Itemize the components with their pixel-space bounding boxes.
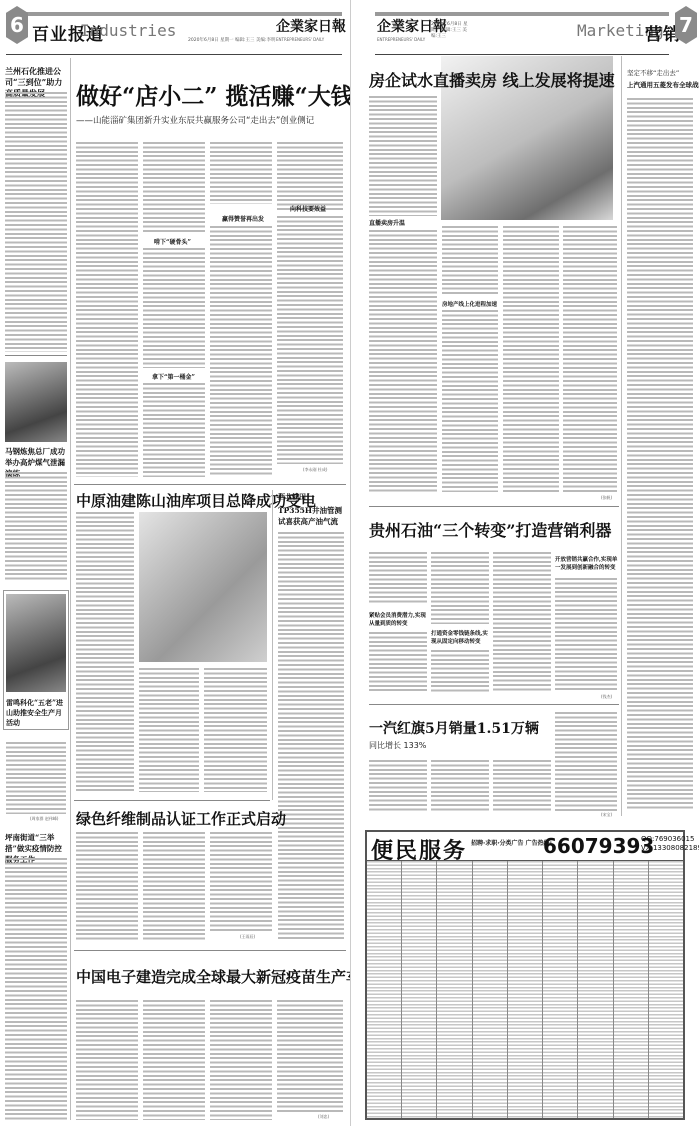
header-bottom-rule (6, 54, 342, 55)
ad-column (473, 861, 508, 1118)
lead-col-1 (76, 142, 138, 477)
lead-col-2b (442, 310, 498, 492)
lead-headline: 做好“店小二” 揽活赚“大钱” (76, 78, 367, 111)
sidebar-headline-3: 雷鸣科化“五老”进山助推安全生产月活动 (6, 698, 66, 728)
sidebar-byline-3: (周家群 赵伟峰) (30, 816, 58, 822)
sidebar-headline: 上汽通用五菱发布全球战略 (627, 80, 699, 89)
lead-subhead-3: 拿下“第一桶金” (152, 372, 195, 381)
lead-col-3a (210, 142, 272, 204)
sidebar-photo-1 (5, 362, 67, 442)
sidebar-article-text-3 (6, 742, 66, 814)
story5-headline: 中国电子建造完成全球最大新冠疫苗生产车间 (76, 966, 376, 987)
story2-col-4 (555, 578, 617, 692)
ad-column (402, 861, 437, 1118)
page-number-badge: 7 (675, 6, 697, 44)
page-7: 企業家日報 ENTREPRENEURS' DAILY 2020年6月8日 星期一… (350, 0, 699, 1126)
masthead-en: ENTREPRENEURS' DAILY (377, 37, 425, 42)
story3-text (278, 532, 344, 940)
lead-subhead-4: 向科技要效益 (290, 204, 326, 213)
ad-contact: QQ:769036015 VX:13308082189 (641, 835, 699, 853)
classified-ad-block: 便民服务 招聘·求职·分类广告 广告热线: 66079393 QQ:769036… (365, 830, 685, 1120)
story5-col-2 (143, 1000, 205, 1120)
story3-subhead: 同比增长 133% (369, 740, 426, 751)
sidebar-article-text-1 (5, 92, 67, 352)
story3-headline: 一汽红旗5月销量1.51万辆 (369, 718, 539, 738)
lead-subhead-2: 房地产线上化进程加速 (442, 300, 497, 308)
story2-col-1b (369, 632, 427, 692)
sidebar-kicker: 坚定不移“走出去” (627, 68, 679, 77)
lead-subhead-1: 直播卖房升温 (369, 218, 405, 227)
page-header: 6 百业报道 Industries 2020年6月8日 星期一 编辑:王三 美编… (0, 4, 350, 52)
lead-col-2a (143, 142, 205, 232)
lead-subhead: ——山能淄矿集团新升实业东辰共赢服务公司“走出去”创业侧记 (76, 114, 314, 126)
lead-col-4b (277, 216, 343, 464)
story4-headline: 绿色纤维制品认证工作正式启动 (76, 808, 286, 829)
ad-phone-number: 66079393 (543, 834, 654, 858)
lead-byline: (李永刚 杜成) (303, 467, 327, 473)
lead-subhead-1: 啃下“硬骨头” (154, 237, 191, 246)
sidebar-article-text-2 (5, 472, 67, 582)
story5-col-4 (277, 1000, 343, 1112)
story5-byline: (刘忠) (318, 1114, 329, 1120)
story2-col-2 (139, 668, 199, 792)
ad-column (649, 861, 683, 1118)
lead-headline: 房企试水直播卖房 线上发展将提速 (369, 68, 615, 91)
lead-col-2b (143, 248, 205, 368)
story2-subhead-1: 紧贴会员消费潜力,实现从量到质的转变 (369, 612, 429, 628)
story3-col-3 (493, 760, 551, 812)
story4-byline: (王雨辰) (240, 934, 255, 940)
header-bottom-rule (375, 54, 669, 55)
story4-col-2 (143, 832, 205, 940)
divider (369, 506, 619, 507)
story3-col-1 (369, 760, 427, 812)
sidebar-photo-2 (6, 594, 66, 692)
story2-col-3 (204, 668, 267, 792)
lead-byline: (张帆) (601, 495, 612, 501)
column-rule (70, 58, 71, 1120)
ad-column (578, 861, 613, 1118)
divider (74, 484, 346, 485)
ad-column (367, 861, 402, 1118)
dateline: 2020年6月8日 星期一 编辑:王三 美编:李明 (188, 37, 276, 43)
ad-qq: QQ:769036015 (641, 835, 699, 844)
story2-photo-substation (139, 512, 267, 662)
story3-byline: (宋宝) (601, 812, 612, 818)
lead-col-4a (277, 142, 343, 210)
story4-col-3 (210, 832, 272, 932)
masthead-logo: 企業家日報 (276, 16, 346, 36)
story2-col-2b (431, 650, 489, 692)
sidebar-text (627, 98, 693, 810)
story2-byline: (钱杰) (601, 694, 612, 700)
masthead-en: ENTREPRENEURS' DAILY (276, 37, 324, 42)
page-6: 6 百业报道 Industries 2020年6月8日 星期一 编辑:王三 美编… (0, 0, 350, 1126)
story3-kicker: 西北油田 (278, 492, 306, 502)
story2-subhead-2: 打通资金零钱链条线,实现从固定向移动转变 (431, 630, 491, 646)
story3-col-4 (555, 712, 617, 812)
ad-column (508, 861, 543, 1118)
lead-col-4 (563, 226, 617, 494)
story2-col-3 (493, 552, 551, 692)
lead-subhead-2: 赢得赞誉再出发 (222, 214, 264, 223)
lead-col-1b (369, 230, 437, 492)
story2-col-2a (431, 552, 489, 624)
divider (74, 800, 270, 801)
ad-column (437, 861, 472, 1118)
story5-col-1 (76, 1000, 138, 1120)
story2-col-1a (369, 552, 427, 604)
divider (369, 704, 619, 705)
lead-col-3 (503, 226, 559, 492)
divider (74, 950, 346, 951)
story3-headline: TP355H井油管测试喜获高产油气流 (278, 505, 344, 527)
story4-col-1 (76, 832, 138, 940)
page-header: 企業家日報 ENTREPRENEURS' DAILY 2020年6月8日 星期一… (351, 4, 699, 52)
sidebar-article-text-4 (5, 858, 67, 1120)
page-number-badge: 6 (6, 6, 28, 44)
lead-col-3b (210, 226, 272, 477)
lead-col-2a (442, 226, 498, 296)
dateline: 2020年6月8日 星期一 编辑:王三 美编:王三 (431, 22, 471, 40)
divider (5, 355, 67, 356)
column-rule (621, 56, 622, 816)
ad-column (543, 861, 578, 1118)
story2-headline: 贵州石油“三个转变”打造营销利器 (369, 518, 611, 541)
story2-subhead-3: 开放营销共赢合作,实现单一发展到创新融合的转变 (555, 556, 619, 572)
ad-listing-columns (367, 860, 683, 1118)
story3-col-2 (431, 760, 489, 812)
section-title-en: Industries (80, 21, 176, 40)
column-rule (272, 490, 273, 800)
lead-col-2c (143, 383, 205, 477)
ad-label: 招聘·求职·分类广告 广告热线: (471, 838, 552, 847)
lead-col-1a (369, 96, 437, 216)
story2-col-1 (76, 512, 134, 792)
story5-col-3 (210, 1000, 272, 1120)
ad-vx: VX:13308082189 (641, 844, 699, 853)
ad-column (614, 861, 649, 1118)
